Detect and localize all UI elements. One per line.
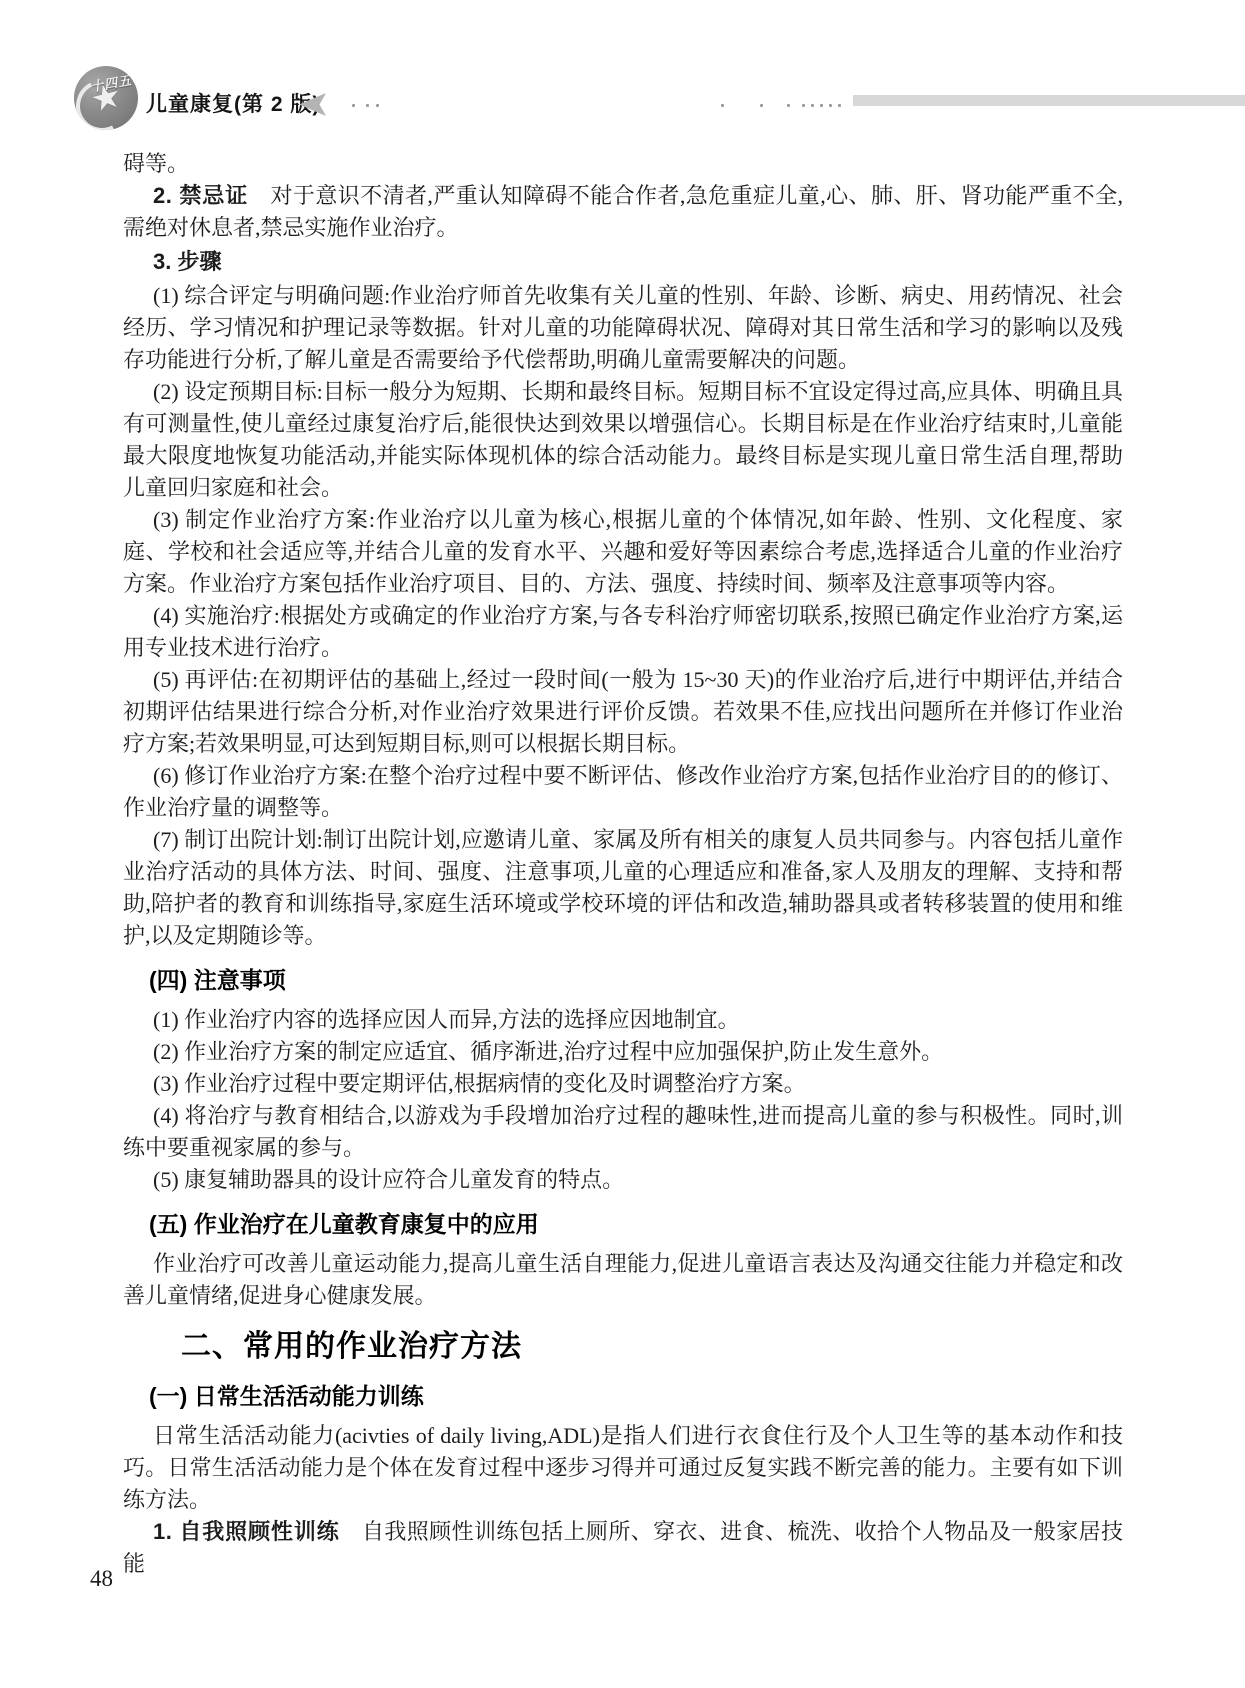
- paragraph: (2) 作业治疗方案的制定应适宜、循序渐进,治疗过程中应加强保护,防止发生意外。: [123, 1036, 1123, 1068]
- section-heading: (五) 作业治疗在儿童教育康复中的应用: [123, 1208, 1123, 1240]
- paragraph: (2) 设定预期目标:目标一般分为短期、长期和最终目标。短期目标不宜设定得过高,…: [123, 376, 1123, 504]
- paragraph: (1) 作业治疗内容的选择应因人而异,方法的选择应因地制宜。: [123, 1004, 1123, 1036]
- decor-dot: [829, 104, 832, 107]
- paragraph: (4) 将治疗与教育相结合,以游戏为手段增加治疗过程的趣味性,进而提高儿童的参与…: [123, 1100, 1123, 1164]
- page-body: 碍等。 2. 禁忌证 对于意识不清者,严重认知障碍不能合作者,急危重症儿童,心、…: [123, 148, 1123, 1580]
- decor-dot: [787, 104, 790, 107]
- paragraph: (1) 综合评定与明确问题:作业治疗师首先收集有关儿童的性别、年龄、诊断、病史、…: [123, 280, 1123, 376]
- book-page: ★ 十四五 儿童康复(第 2 版) 碍等。 2. 禁忌证 对于意识不清者,严重认…: [0, 0, 1245, 1688]
- numbered-subheading: 3. 步骤: [123, 246, 1123, 278]
- decor-dot: [376, 104, 379, 107]
- paragraph: (5) 再评估:在初期评估的基础上,经过一段时间(一般为 15~30 天)的作业…: [123, 664, 1123, 760]
- decor-dot: [811, 104, 814, 107]
- series-badge-logo: ★ 十四五: [74, 66, 138, 130]
- paragraph: 作业治疗可改善儿童运动能力,提高儿童生活自理能力,促进儿童语言表达及沟通交往能力…: [123, 1248, 1123, 1312]
- paragraph: (3) 作业治疗过程中要定期评估,根据病情的变化及时调整治疗方案。: [123, 1068, 1123, 1100]
- badge-label: 十四五: [89, 69, 134, 95]
- decor-dot: [760, 104, 763, 107]
- decor-dot: [721, 104, 724, 107]
- numbered-term: 2. 禁忌证: [153, 183, 248, 208]
- paragraph: (7) 制订出院计划:制订出院计划,应邀请儿童、家属及所有相关的康复人员共同参与…: [123, 824, 1123, 952]
- numbered-term: 1. 自我照顾性训练: [153, 1519, 340, 1544]
- paragraph: (4) 实施治疗:根据处方或确定的作业治疗方案,与各专科治疗师密切联系,按照已确…: [123, 600, 1123, 664]
- page-number: 48: [90, 1566, 113, 1592]
- paragraph: 碍等。: [123, 148, 1123, 180]
- paragraph: 2. 禁忌证 对于意识不清者,严重认知障碍不能合作者,急危重症儿童,心、肺、肝、…: [123, 180, 1123, 244]
- running-head-title: 儿童康复(第 2 版): [146, 88, 320, 118]
- header-rule-bar: [853, 95, 1245, 106]
- section-heading: (四) 注意事项: [123, 964, 1123, 996]
- decor-dot: [352, 104, 355, 107]
- paragraph: (5) 康复辅助器具的设计应符合儿童发育的特点。: [123, 1164, 1123, 1196]
- decor-dot: [802, 104, 805, 107]
- decor-dot: [838, 104, 841, 107]
- paragraph: (3) 制定作业治疗方案:作业治疗以儿童为核心,根据儿童的个体情况,如年龄、性别…: [123, 504, 1123, 600]
- chapter-section-heading: 二、常用的作业治疗方法: [123, 1326, 1123, 1368]
- paragraph-text: 对于意识不清者,严重认知障碍不能合作者,急危重症儿童,心、肺、肝、肾功能严重不全…: [123, 183, 1123, 240]
- decor-dot: [820, 104, 823, 107]
- paragraph: (6) 修订作业治疗方案:在整个治疗过程中要不断评估、修改作业治疗方案,包括作业…: [123, 760, 1123, 824]
- paragraph: 日常生活活动能力(acivties of daily living,ADL)是指…: [123, 1420, 1123, 1516]
- paragraph: 1. 自我照顾性训练 自我照顾性训练包括上厕所、穿衣、进食、梳洗、收拾个人物品及…: [123, 1516, 1123, 1580]
- section-heading: (一) 日常生活活动能力训练: [123, 1380, 1123, 1412]
- decor-dot: [366, 104, 369, 107]
